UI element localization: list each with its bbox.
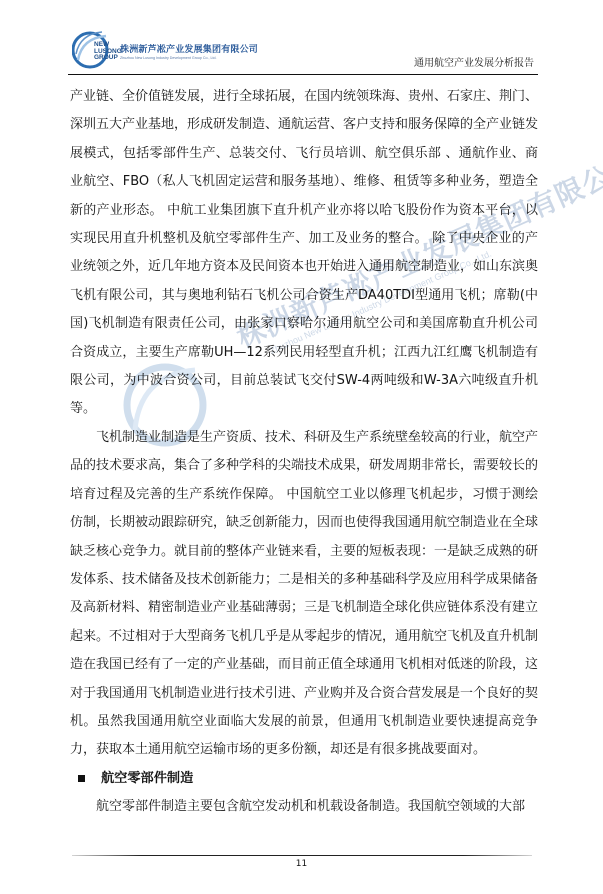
page-header: NEW LUSONG GROUP 株洲新芦凇产业发展集团有限公司 Zhuzhou… [68,26,538,75]
section-paragraph: 航空零部件制造主要包含航空发动机和机载设备制造。我国航空领域的大部 [70,793,538,821]
report-title: 通用航空产业发展分析报告 [414,54,534,69]
company-name-block: 株洲新芦凇产业发展集团有限公司 Zhuzhou New Lusong Indus… [120,42,258,60]
company-name-cn: 株洲新芦凇产业发展集团有限公司 [120,42,258,55]
new-lusong-logo-icon: NEW LUSONG GROUP [72,30,116,70]
paragraph-1: 产业链、全价值链发展，进行全球拓展，在国内统领珠海、贵州、石家庄、荆门、深圳五大… [70,83,538,424]
square-bullet-icon [78,775,85,782]
paragraph-2: 飞机制造业制造是生产资质、技术、科研及生产系统壁垒较高的行业，航空产品的技术要求… [70,424,538,765]
company-name-en: Zhuzhou New Lusong Industry Development … [120,56,258,60]
page-number: 11 [0,859,603,869]
footer-divider [72,855,532,856]
logo-text: NEW LUSONG GROUP [94,42,122,62]
section-heading: 航空零部件制造 [70,765,538,793]
document-body: 产业链、全价值链发展，进行全球拓展，在国内统领珠海、贵州、石家庄、荆门、深圳五大… [70,83,538,822]
logo-line-3: GROUP [94,55,122,62]
section-heading-text: 航空零部件制造 [101,765,193,793]
